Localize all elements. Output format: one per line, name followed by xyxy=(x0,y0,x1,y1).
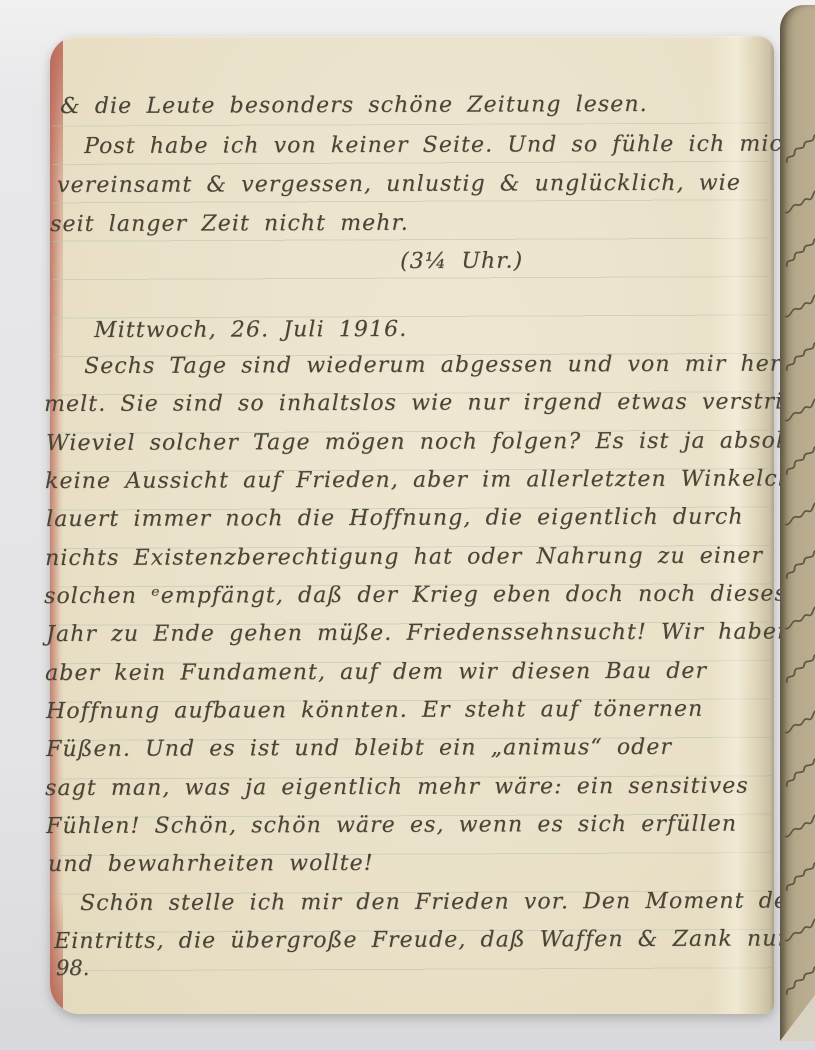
body-line: Wieviel solcher Tage mögen noch folgen? … xyxy=(46,426,809,461)
next-page-bottom-fold xyxy=(780,995,815,1041)
body-line: Eintritts, die übergroße Freude, daß Waf… xyxy=(54,924,793,959)
handwriting-fragment xyxy=(781,284,815,324)
intro-line-3: vereinsamt & vergessen, unlustig & unglü… xyxy=(57,169,741,203)
body-line: nichts Existenzberechtigung hat oder Nah… xyxy=(45,541,763,576)
body-line: melt. Sie sind so inhaltslos wie nur irg… xyxy=(44,387,815,422)
next-page-sliver xyxy=(780,5,815,1041)
body-line: Jahr zu Ende gehen müße. Friedenssehnsuc… xyxy=(46,617,792,652)
handwriting-fragment xyxy=(781,336,815,376)
handwriting-fragment xyxy=(781,648,815,688)
page-number: 98. xyxy=(56,956,89,980)
intro-line-1: & die Leute besonders schöne Zeitung les… xyxy=(60,90,648,124)
handwriting-fragment xyxy=(781,856,815,896)
handwriting-fragment xyxy=(781,544,815,584)
handwriting-fragment xyxy=(781,700,815,740)
handwriting-fragment xyxy=(781,232,815,272)
body-line: aber kein Fundament, auf dem wir diesen … xyxy=(45,657,707,691)
body-line: keine Aussicht auf Frieden, aber im alle… xyxy=(45,464,815,499)
entry-date-heading: Mittwoch, 26. Juli 1916. xyxy=(94,315,407,348)
body-line: Hoffnung aufbauen könnten. Er steht auf … xyxy=(46,695,703,729)
handwriting-fragment xyxy=(781,388,815,428)
handwriting-fragment xyxy=(781,128,815,168)
scanned-diary-spread: & die Leute besonders schöne Zeitung les… xyxy=(0,0,815,1050)
handwriting-fragment xyxy=(781,492,815,532)
handwriting-fragment xyxy=(781,752,815,792)
handwriting-fragment xyxy=(781,596,815,636)
body-line: Fühlen! Schön, schön wäre es, wenn es si… xyxy=(46,810,737,844)
body-line: sagt man, was ja eigentlich mehr wäre: e… xyxy=(45,772,749,806)
body-line: Füßen. Und es ist und bleibt ein „animus… xyxy=(46,733,672,767)
body-line: Sechs Tage sind wiederum abgessen und vo… xyxy=(84,349,815,384)
intro-line-4: seit langer Zeit nicht mehr. xyxy=(50,209,409,242)
time-note: (3¼ Uhr.) xyxy=(400,247,523,279)
handwriting-fragment xyxy=(781,804,815,844)
body-line: und bewahrheiten wollte! xyxy=(48,849,374,882)
body-line: lauert immer noch die Hoffnung, die eige… xyxy=(46,503,744,537)
handwriting-fragment xyxy=(781,908,815,948)
intro-line-2: Post habe ich von keiner Seite. Und so f… xyxy=(84,129,806,164)
body-line: solchen ᵉempfängt, daß der Krieg eben do… xyxy=(44,579,787,614)
body-line: Schön stelle ich mir den Frieden vor. De… xyxy=(80,886,800,921)
handwriting-fragment xyxy=(781,180,815,220)
handwriting-fragment xyxy=(781,440,815,480)
handwriting-fragment xyxy=(781,960,815,1000)
